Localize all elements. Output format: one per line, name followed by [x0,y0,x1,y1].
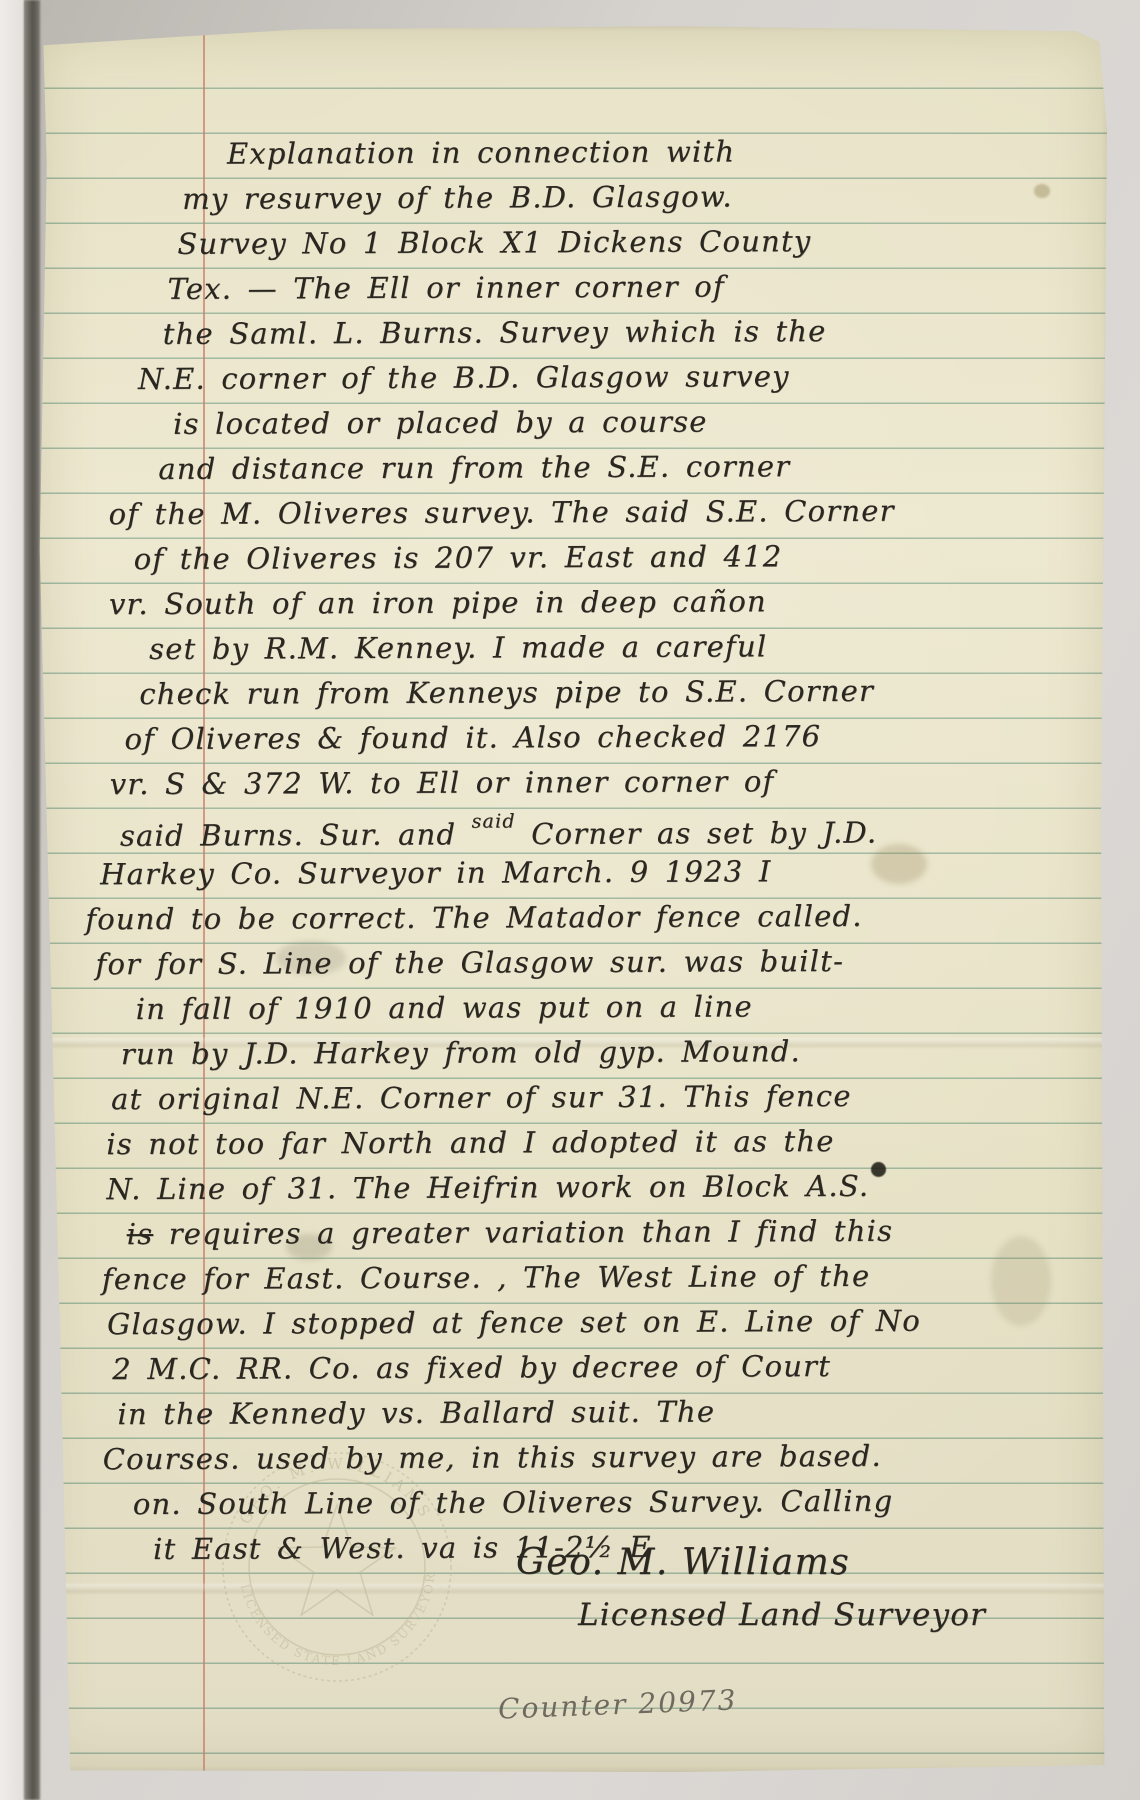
handwritten-line: on. South Line of the Oliveres Survey. C… [133,1478,1109,1527]
handwritten-line: at original N.E. Corner of sur 31. This … [111,1073,1107,1122]
handwritten-line: N. Line of 31. The Heifrin work on Block… [106,1163,1107,1212]
handwritten-line: vr. S & 372 W. to Ell or inner corner of [110,758,1106,807]
handwritten-line: Explanation in connection with [227,128,1103,177]
handwritten-line: check run from Kenneys pipe to S.E. Corn… [139,668,1105,717]
signature-block: Geo. M. Williams Licensed Land Surveyor [516,1542,986,1633]
scanner-edge-strip [0,0,24,1800]
signature-title: Licensed Land Surveyor [578,1597,986,1633]
handwritten-line: is requires a greater variation than I f… [127,1208,1108,1257]
handwritten-line: in fall of 1910 and was put on a line [136,983,1107,1032]
handwritten-line: in the Kennedy vs. Ballard suit. The [117,1388,1108,1437]
letter-page: GEO. M. WILLIAMS LICENSED STATE LAND SUR… [36,26,1108,1772]
handwritten-line: the Saml. L. Burns. Survey which is the [163,308,1104,357]
handwritten-line: my resurvey of the B.D. Glasgow. [182,173,1103,222]
handwritten-line: is not too far North and I adopted it as… [106,1118,1107,1167]
letter-body: Explanation in connection withmy resurve… [103,128,1109,1572]
handwritten-line: 2 M.C. RR. Co. as fixed by decree of Cou… [112,1343,1108,1392]
handwritten-line: run by J.D. Harkey from old gyp. Mound. [121,1028,1107,1077]
handwritten-line: found to be correct. The Matador fence c… [85,893,1106,942]
handwritten-line: Survey No 1 Block X1 Dickens County [177,218,1103,267]
handwritten-line: Tex. — The Ell or inner corner of [167,263,1103,312]
handwritten-line: N.E. corner of the B.D. Glasgow survey [138,353,1104,402]
handwritten-line: for for S. Line of the Glasgow sur. was … [95,938,1106,987]
handwritten-line: said Burns. Sur. and said Corner as set … [120,803,1106,852]
seal-bottom-text: LICENSED STATE LAND SURVEYOR [238,1571,438,1668]
handwritten-line: of the Oliveres is 207 vr. East and 412 [134,533,1105,582]
handwritten-line: Harkey Co. Surveyor in March. 9 1923 I [100,848,1106,897]
svg-text:LICENSED STATE LAND SURVEYOR: LICENSED STATE LAND SURVEYOR [238,1571,438,1668]
handwritten-line: set by R.M. Kenney. I made a careful [149,623,1105,672]
page-edge-shadow [24,0,40,1800]
handwritten-line: and distance run from the S.E. corner [158,443,1104,492]
handwritten-line: of Oliveres & found it. Also checked 217… [124,713,1105,762]
handwritten-line: Glasgow. I stopped at fence set on E. Li… [107,1298,1108,1347]
handwritten-line: is located or placed by a course [173,398,1104,447]
handwritten-line: vr. South of an iron pipe in deep cañon [109,578,1105,627]
handwritten-line: Courses. used by me, in this survey are … [103,1433,1109,1482]
signature-name: Geo. M. Williams [516,1542,986,1583]
handwritten-line: of the M. Oliveres survey. The said S.E.… [108,488,1104,537]
handwritten-line: fence for East. Course. , The West Line … [102,1253,1108,1302]
